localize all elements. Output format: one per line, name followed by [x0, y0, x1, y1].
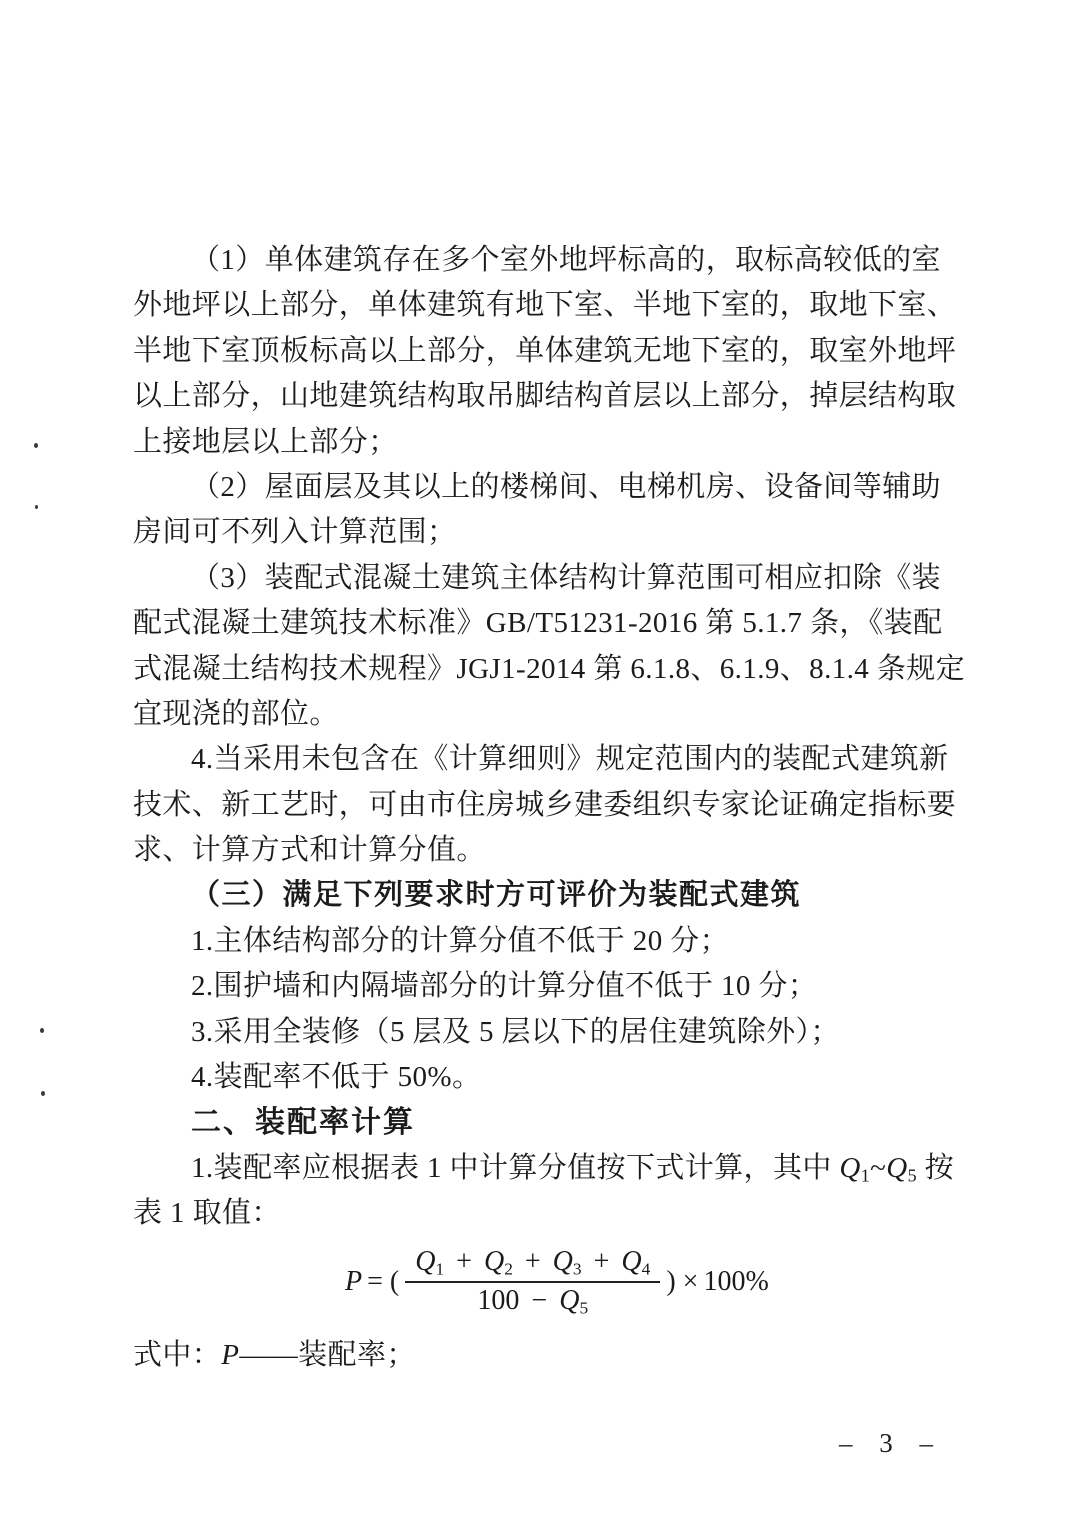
doc-line: （1）单体建筑存在多个室外地坪标高的，取标高较低的室: [133, 238, 953, 283]
doc-line: 4.当采用未包含在《计算细则》规定范围内的装配式建筑新: [133, 737, 953, 782]
doc-line: 宜现浇的部位。: [133, 692, 953, 737]
symbol-q5: Q: [886, 1152, 907, 1184]
section-heading: （三）满足下列要求时方可评价为装配式建筑: [133, 873, 953, 918]
doc-line: 1.主体结构部分的计算分值不低于 20 分；: [133, 919, 953, 964]
chapter-heading: 二、装配率计算: [133, 1100, 953, 1145]
legend-prefix: 式中：: [133, 1339, 221, 1371]
ink-speck: [40, 1028, 44, 1033]
formula-legend: 式中：P——装配率；: [133, 1333, 953, 1378]
legend-dash: ——: [239, 1339, 298, 1371]
q-line-suffix: 按: [917, 1152, 954, 1184]
ink-speck: [35, 505, 38, 509]
legend-meaning: 装配率；: [298, 1339, 416, 1371]
ink-speck: [41, 1091, 45, 1096]
formula-lhs: P: [345, 1266, 362, 1298]
doc-line: （2）屋面层及其以上的楼梯间、电梯机房、设备间等辅助: [133, 465, 953, 510]
doc-line: 以上部分，山地建筑结构取吊脚结构首层以上部分，掉层结构取: [133, 374, 953, 419]
assembly-rate-formula: P = ( Q1 + Q2 + Q3 + Q4 100 − Q5: [345, 1237, 953, 1327]
doc-line: 配式混凝土建筑技术标准》GB/T51231-2016 第 5.1.7 条，《装配: [133, 601, 953, 646]
doc-line: 3.采用全装修（5 层及 5 层以下的居住建筑除外）；: [133, 1010, 953, 1055]
ink-speck: [34, 443, 38, 448]
close-paren: ): [666, 1266, 675, 1298]
symbol-q1-sub: 1: [861, 1165, 870, 1185]
page-number: – 3 –: [839, 1428, 940, 1459]
doc-line: 房间可不列入计算范围；: [133, 510, 953, 555]
fraction-denominator: 100 − Q5: [477, 1283, 588, 1317]
legend-symbol-p: P: [221, 1339, 239, 1371]
doc-line: 式混凝土结构技术规程》JGJ1-2014 第 6.1.8、6.1.9、8.1.4…: [133, 647, 953, 692]
doc-line: 外地坪以上部分，单体建筑有地下室、半地下室的，取地下室、: [133, 283, 953, 328]
doc-line-q-range: 1.装配率应根据表 1 中计算分值按下式计算，其中 Q1~Q5 按: [133, 1146, 953, 1191]
doc-line: 求、计算方式和计算分值。: [133, 828, 953, 873]
doc-line: 上接地层以上部分；: [133, 420, 953, 465]
doc-line: 2.围护墙和内隔墙部分的计算分值不低于 10 分；: [133, 964, 953, 1009]
q-line-prefix: 1.装配率应根据表 1 中计算分值按下式计算，其中: [191, 1152, 839, 1184]
times-sign: ×: [683, 1266, 699, 1298]
doc-line: 技术、新工艺时，可由市住房城乡建委组织专家论证确定指标要: [133, 783, 953, 828]
doc-line: 表 1 取值：: [133, 1191, 953, 1236]
doc-line: （3）装配式混凝土建筑主体结构计算范围可相应扣除《装: [133, 556, 953, 601]
doc-line: 半地下室顶板标高以上部分，单体建筑无地下室的，取室外地坪: [133, 329, 953, 374]
equals-sign: =: [367, 1266, 383, 1298]
page-content: （1）单体建筑存在多个室外地坪标高的，取标高较低的室 外地坪以上部分，单体建筑有…: [133, 238, 953, 1378]
document-page: （1）单体建筑存在多个室外地坪标高的，取标高较低的室 外地坪以上部分，单体建筑有…: [0, 0, 1080, 1528]
open-paren: (: [390, 1266, 399, 1298]
fraction: Q1 + Q2 + Q3 + Q4 100 − Q5: [405, 1246, 660, 1317]
symbol-q1: Q: [839, 1152, 860, 1184]
doc-line: 4.装配率不低于 50%。: [133, 1055, 953, 1100]
fraction-numerator: Q1 + Q2 + Q3 + Q4: [405, 1246, 660, 1283]
tilde-operator: ~: [870, 1152, 886, 1184]
symbol-q5-sub: 5: [908, 1165, 917, 1185]
formula-factor: 100%: [703, 1266, 768, 1298]
